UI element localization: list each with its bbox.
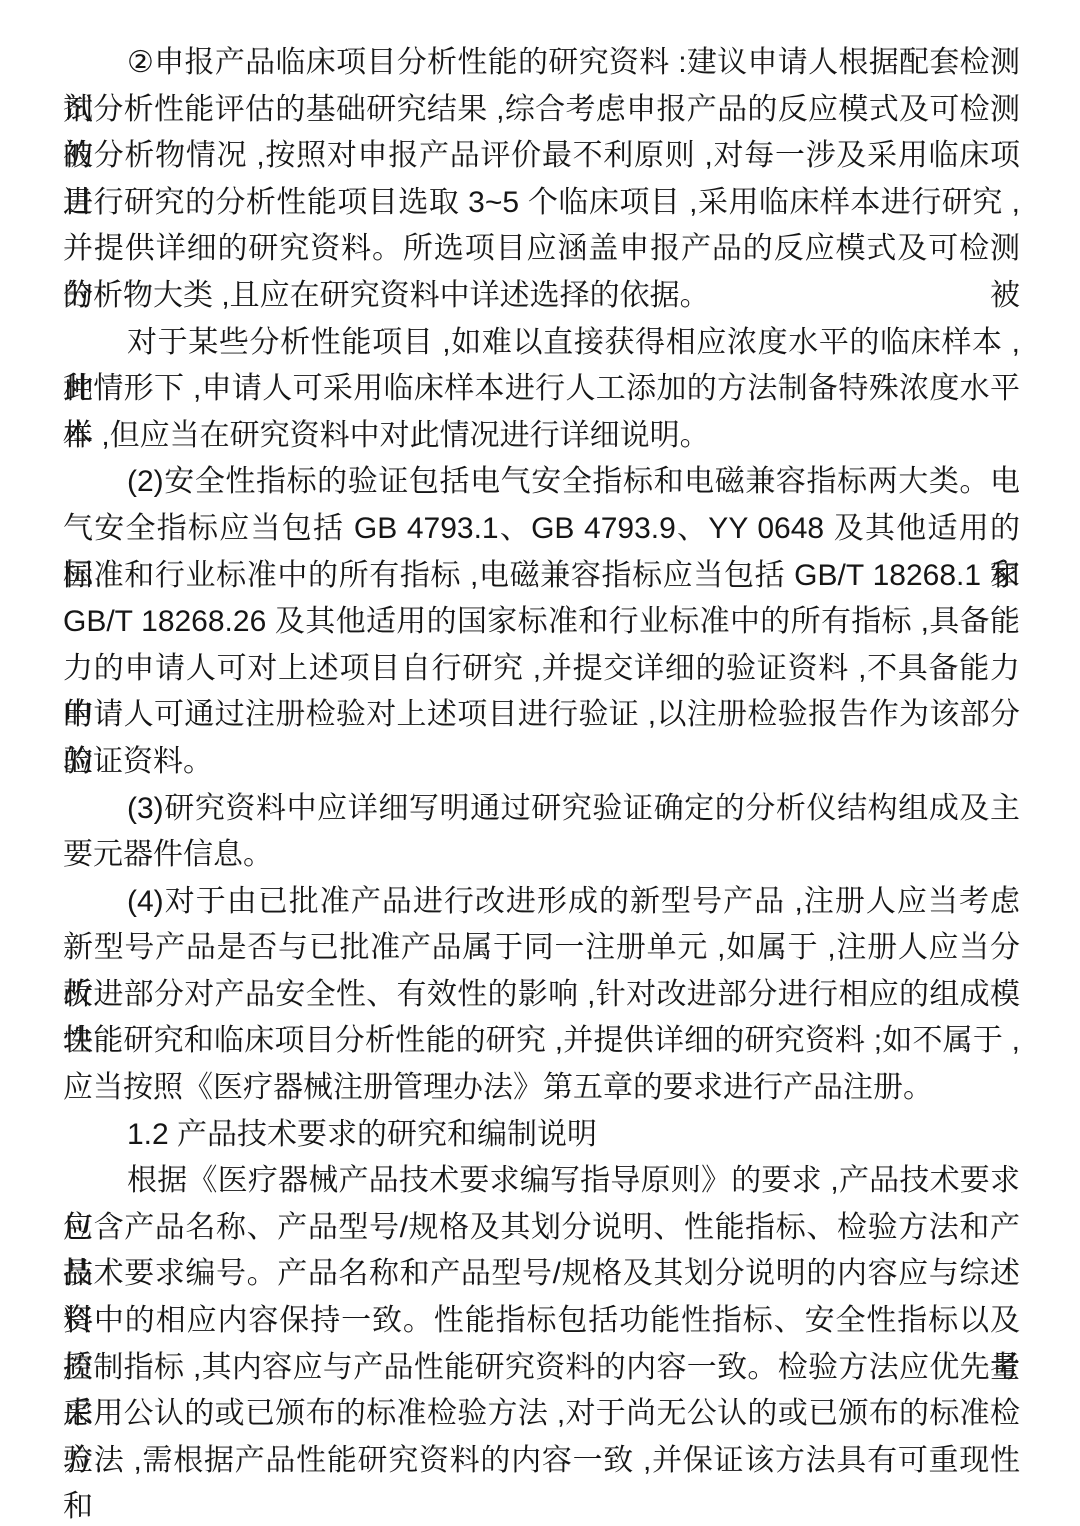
text-line: 标准和行业标准中的所有指标 ,电磁兼容指标应当包括 GB/T 18268.1 和 bbox=[63, 553, 1020, 600]
text-line: (4)对于由已批准产品进行改进形成的新型号产品 ,注册人应当考虑 bbox=[63, 879, 1020, 926]
text-line: 采用公认的或已颁布的标准检验方法 ,对于尚无公认的或已颁布的标准检验 bbox=[63, 1391, 1020, 1438]
text-line: 气安全指标应当包括 GB 4793.1、GB 4793.9、YY 0648 及其… bbox=[63, 506, 1020, 553]
text-line: 新型号产品是否与已批准产品属于同一注册单元 ,如属于 ,注册人应当分析 bbox=[63, 925, 1020, 972]
text-line: 并提供详细的研究资料。所选项目应涵盖申报产品的反应模式及可检测的被 bbox=[63, 226, 1020, 273]
text-line: 进行研究的分析性能项目选取 3~5 个临床项目 ,采用临床样本进行研究 , bbox=[63, 180, 1020, 227]
text-line: 力的申请人可对上述项目自行研究 ,并提交详细的验证资料 ,不具备能力的 bbox=[63, 646, 1020, 693]
text-line: 方法 ,需根据产品性能研究资料的内容一致 ,并保证该方法具有可重现性和 bbox=[63, 1438, 1020, 1485]
document-page: ②申报产品临床项目分析性能的研究资料 :建议申请人根据配套检测试剂分析性能评估的… bbox=[0, 0, 1080, 1526]
text-line: GB/T 18268.26 及其他适用的国家标准和行业标准中的所有指标 ,具备能 bbox=[63, 599, 1020, 646]
text-line: 本 ,但应当在研究资料中对此情况进行详细说明。 bbox=[63, 413, 1020, 460]
text-line: 申请人可通过注册检验对上述项目进行验证 ,以注册检验报告作为该部分的 bbox=[63, 692, 1020, 739]
section-heading-line: 1.2 产品技术要求的研究和编制说明 bbox=[63, 1112, 1020, 1159]
text-line: 改进部分对产品安全性、有效性的影响 ,针对改进部分进行相应的组成模块 bbox=[63, 972, 1020, 1019]
text-line: 要元器件信息。 bbox=[63, 832, 1020, 879]
text-line: 性能研究和临床项目分析性能的研究 ,并提供详细的研究资料 ;如不属于 , bbox=[63, 1018, 1020, 1065]
text-line: (3)研究资料中应详细写明通过研究验证确定的分析仪结构组成及主 bbox=[63, 786, 1020, 833]
text-line: 种情形下 ,申请人可采用临床样本进行人工添加的方法制备特殊浓度水平样 bbox=[63, 366, 1020, 413]
text-line: 应当按照《医疗器械注册管理办法》第五章的要求进行产品注册。 bbox=[63, 1065, 1020, 1112]
text-line: 包含产品名称、产品型号/规格及其划分说明、性能指标、检验方法和产品 bbox=[63, 1205, 1020, 1252]
text-line: 技术要求编号。产品名称和产品型号/规格及其划分说明的内容应与综述资 bbox=[63, 1251, 1020, 1298]
text-line: 根据《医疗器械产品技术要求编写指导原则》的要求 ,产品技术要求应 bbox=[63, 1158, 1020, 1205]
text-line: 对于某些分析性能项目 ,如难以直接获得相应浓度水平的临床样本 ,此 bbox=[63, 320, 1020, 367]
text-line: 控制指标 ,其内容应与产品性能研究资料的内容一致。检验方法应优先考虑 bbox=[63, 1345, 1020, 1392]
text-line: ②申报产品临床项目分析性能的研究资料 :建议申请人根据配套检测试 bbox=[63, 40, 1020, 87]
text-line: 验证资料。 bbox=[63, 739, 1020, 786]
text-line: 料中的相应内容保持一致。性能指标包括功能性指标、安全性指标以及质量 bbox=[63, 1298, 1020, 1345]
text-line: (2)安全性指标的验证包括电气安全指标和电磁兼容指标两大类。电 bbox=[63, 459, 1020, 506]
text-line: 剂分析性能评估的基础研究结果 ,综合考虑申报产品的反应模式及可检测的 bbox=[63, 87, 1020, 134]
document-text-block: ②申报产品临床项目分析性能的研究资料 :建议申请人根据配套检测试剂分析性能评估的… bbox=[63, 40, 1020, 1484]
text-line: 被分析物情况 ,按照对申报产品评价最不利原则 ,对每一涉及采用临床项目 bbox=[63, 133, 1020, 180]
